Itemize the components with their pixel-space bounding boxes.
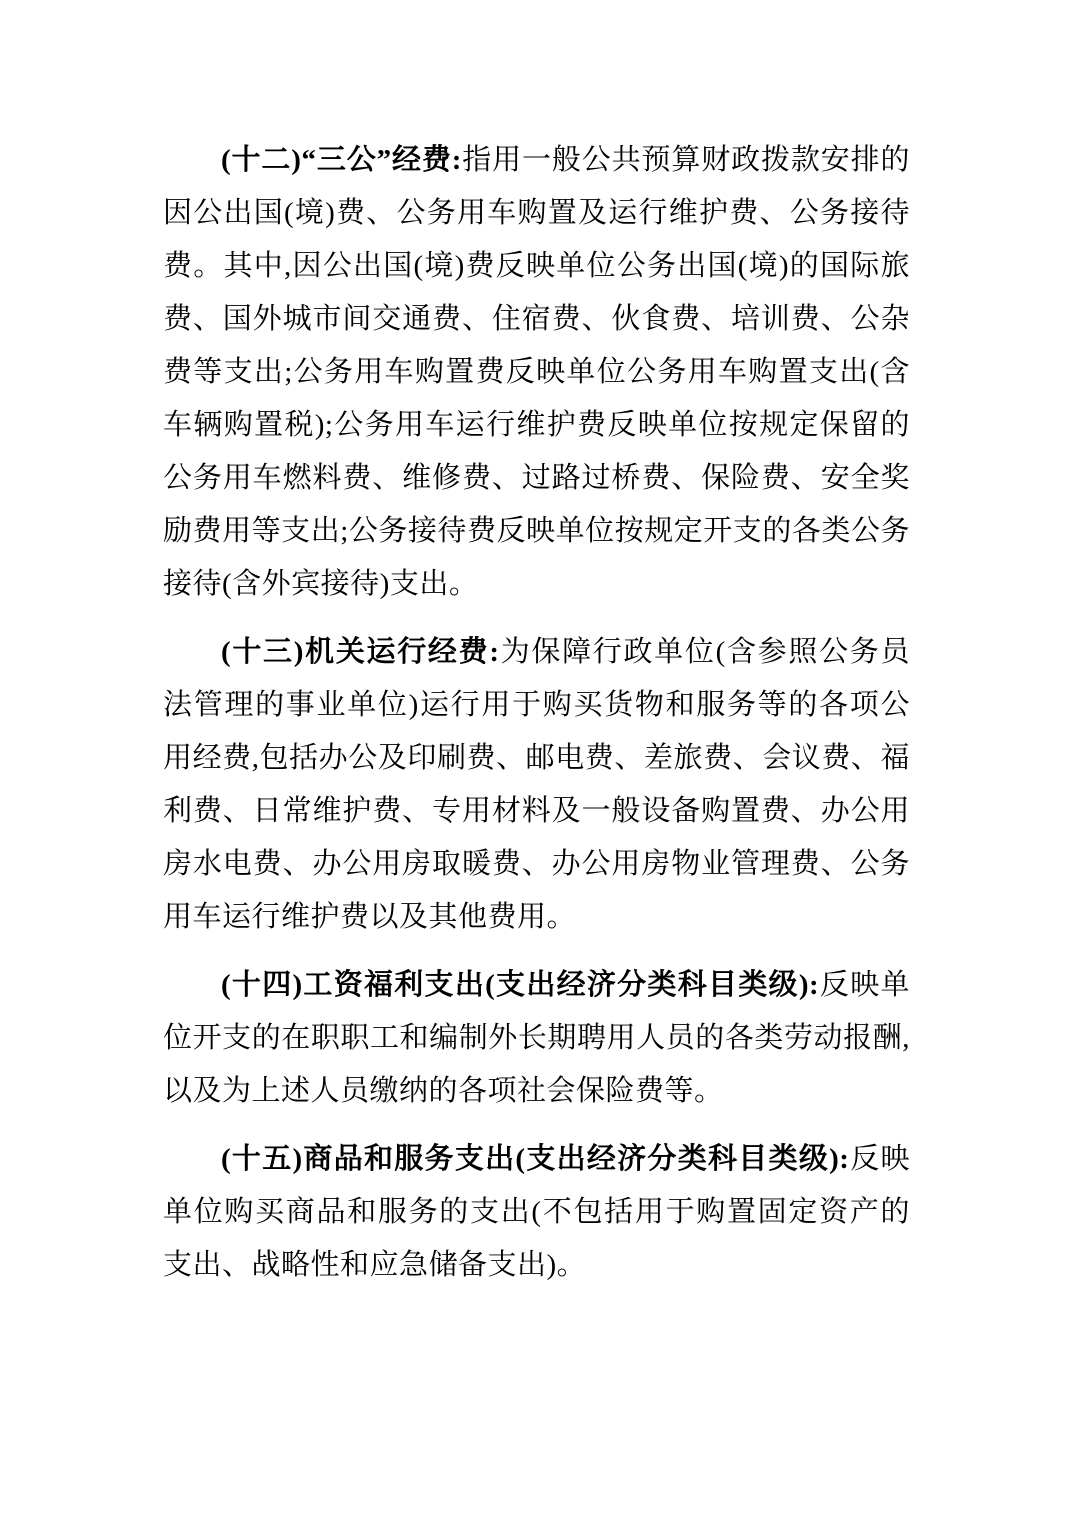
- paragraph-term-15-heading: (十五)商品和服务支出(支出经济分类科目类级):: [221, 1143, 849, 1175]
- paragraph-term-13: (十三)机关运行经费:为保障行政单位(含参照公务员法管理的事业单位)运行用于购买…: [163, 626, 910, 944]
- paragraph-term-12-body: 指用一般公共预算财政拨款安排的因公出国(境)费、公务用车购置及运行维护费、公务接…: [163, 144, 910, 600]
- paragraph-term-14: (十四)工资福利支出(支出经济分类科目类级):反映单位开支的在职职工和编制外长期…: [163, 959, 910, 1118]
- paragraph-term-15: (十五)商品和服务支出(支出经济分类科目类级):反映单位购买商品和服务的支出(不…: [163, 1133, 910, 1292]
- paragraph-term-13-heading: (十三)机关运行经费:: [221, 636, 500, 668]
- document-content: (十二)“三公”经费:指用一般公共预算财政拨款安排的因公出国(境)费、公务用车购…: [163, 134, 910, 1292]
- paragraph-term-12-heading: (十二)“三公”经费:: [221, 144, 462, 176]
- paragraph-term-13-body: 为保障行政单位(含参照公务员法管理的事业单位)运行用于购买货物和服务等的各项公用…: [163, 636, 910, 933]
- document-page: (十二)“三公”经费:指用一般公共预算财政拨款安排的因公出国(境)费、公务用车购…: [0, 0, 1075, 1521]
- paragraph-term-12: (十二)“三公”经费:指用一般公共预算财政拨款安排的因公出国(境)费、公务用车购…: [163, 134, 910, 611]
- paragraph-term-14-heading: (十四)工资福利支出(支出经济分类科目类级):: [221, 969, 819, 1001]
